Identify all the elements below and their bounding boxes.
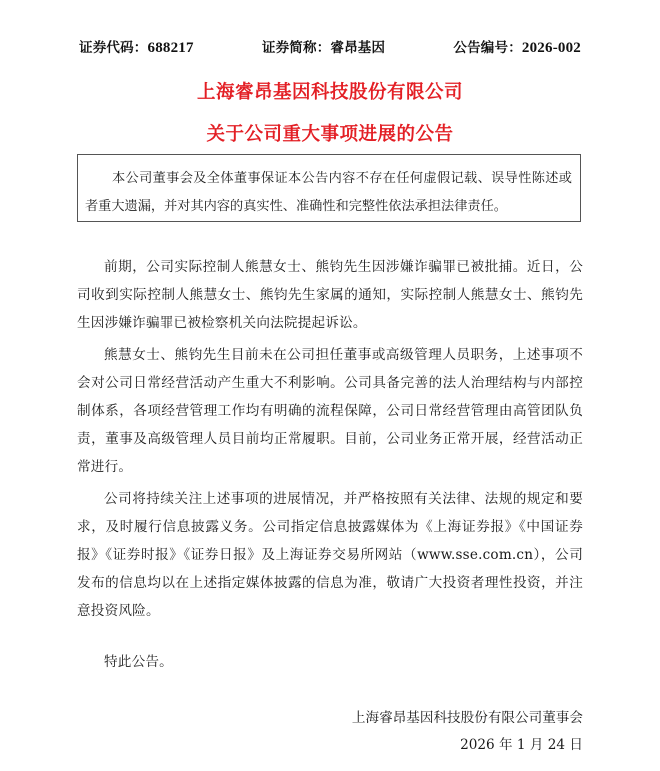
announcement-header: 证券代码：688217 证券简称：睿昂基因 公告编号：2026-002 — [79, 36, 581, 57]
closing-text: 特此公告。 — [77, 648, 583, 676]
security-name-label: 证券简称： — [262, 40, 331, 56]
security-code: 证券代码：688217 — [79, 36, 194, 57]
board-guarantee-notice: 本公司董事会及全体董事保证本公告内容不存在任何虚假记载、误导性陈述或者重大遗漏，… — [77, 154, 581, 222]
body-paragraph-2: 熊慧女士、熊钧先生目前未在公司担任董事或高级管理人员职务，上述事项不会对公司日常… — [77, 341, 583, 481]
notice-text: 本公司董事会及全体董事保证本公告内容不存在任何虚假记载、误导性陈述或者重大遗漏，… — [85, 165, 572, 221]
body-paragraph-3: 公司将持续关注上述事项的进展情况，并严格按照有关法律、法规的规定和要求，及时履行… — [77, 485, 583, 625]
paragraph-text: 前期，公司实际控制人熊慧女士、熊钧先生因涉嫌诈骗罪已被批捕。近日，公司收到实际控… — [77, 253, 583, 337]
security-code-label: 证券代码： — [79, 40, 148, 56]
closing-remark: 特此公告。 — [77, 648, 583, 676]
announcement-subject: 关于公司重大事项进展的公告 — [0, 120, 660, 146]
signature-date: 2026 年 1 月 24 日 — [460, 733, 583, 753]
announcement-number: 公告编号：2026-002 — [453, 36, 581, 57]
security-name: 证券简称：睿昂基因 — [262, 36, 385, 57]
signature-company: 上海睿昂基因科技股份有限公司董事会 — [352, 706, 583, 726]
announcement-number-label: 公告编号： — [453, 40, 522, 56]
paragraph-text: 公司将持续关注上述事项的进展情况，并严格按照有关法律、法规的规定和要求，及时履行… — [77, 485, 583, 625]
paragraph-text: 熊慧女士、熊钧先生目前未在公司担任董事或高级管理人员职务，上述事项不会对公司日常… — [77, 341, 583, 481]
body-paragraph-1: 前期，公司实际控制人熊慧女士、熊钧先生因涉嫌诈骗罪已被批捕。近日，公司收到实际控… — [77, 253, 583, 337]
announcement-number-value: 2026-002 — [522, 40, 581, 56]
company-title: 上海睿昂基因科技股份有限公司 — [0, 78, 660, 104]
security-code-value: 688217 — [148, 40, 194, 56]
security-name-value: 睿昂基因 — [330, 40, 385, 56]
